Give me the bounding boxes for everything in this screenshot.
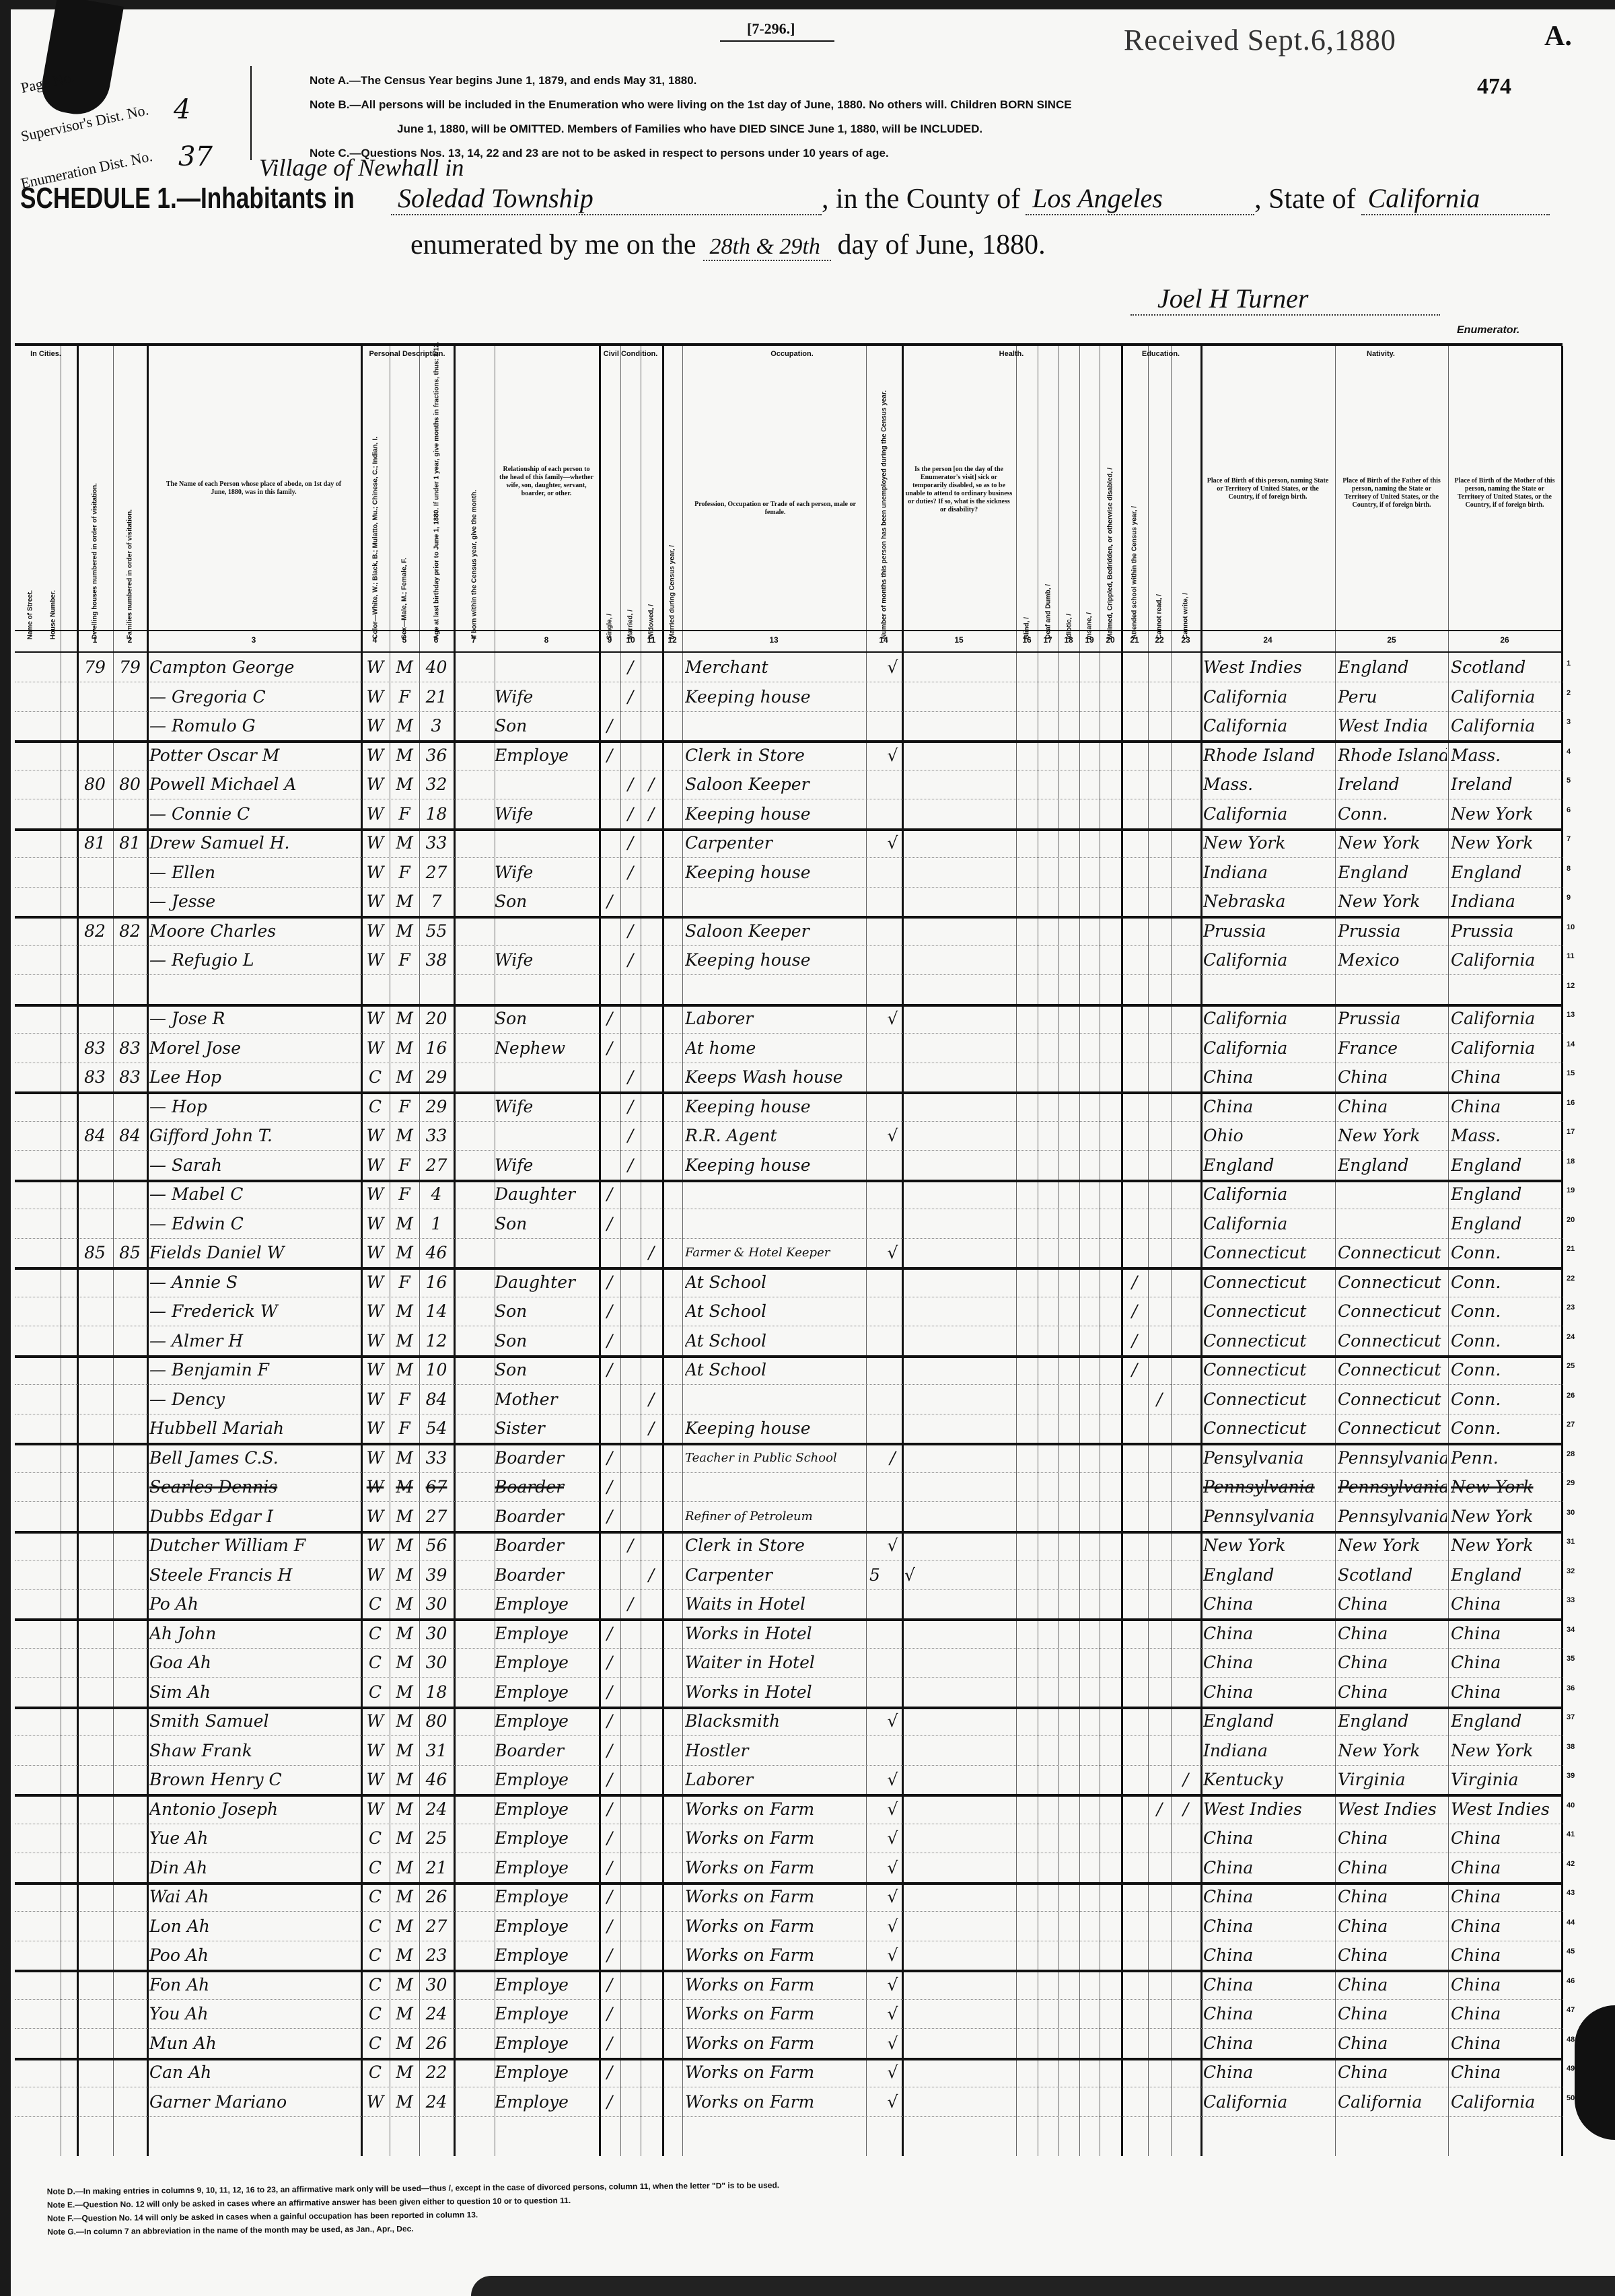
single-mark: /: [599, 1855, 620, 1881]
column-number: 10: [626, 635, 635, 645]
birthplace: Pennsylvania: [1203, 1474, 1334, 1501]
county-field: Los Angeles: [1026, 182, 1254, 215]
person-name: Brown Henry C: [149, 1766, 359, 1793]
line-number: 25: [1567, 1362, 1575, 1370]
cannot-write-mark: [1171, 1884, 1200, 1910]
person-name: Fon Ah: [149, 1972, 359, 1999]
birthplace: Pennsylvania: [1203, 1503, 1334, 1530]
column-14-mark: √: [884, 1766, 902, 1793]
mother-birthplace: Conn.: [1451, 1240, 1560, 1266]
person-name: — Dency: [149, 1386, 359, 1413]
attended-school-mark: [1121, 1679, 1148, 1706]
person-name: — Jose R: [149, 1005, 359, 1032]
relationship: Son: [495, 1357, 599, 1384]
father-birthplace: China: [1338, 1884, 1447, 1910]
dwelling-number: [77, 1415, 113, 1442]
relationship: [495, 1064, 599, 1091]
age-value: 30: [419, 1591, 454, 1618]
attended-school-mark: [1121, 2089, 1148, 2116]
table-row: Searles DennisWM67Boarder/PennsylvaniaPe…: [15, 1472, 1563, 1502]
family-number: [113, 1386, 147, 1413]
sickness: [904, 1152, 945, 1179]
dwelling-number: [77, 1737, 113, 1764]
line-number: 43: [1567, 1889, 1575, 1897]
person-name: Moore Charles: [149, 918, 359, 945]
table-row: — Refugio LWF38Wife/Keeping houseCalifor…: [15, 945, 1563, 975]
table-row: Poo AhCM23Employe/Works on Farm√ChinaChi…: [15, 1941, 1563, 1972]
family-number: [113, 1474, 147, 1501]
occupation: [685, 1181, 865, 1208]
months-unemployed: [866, 1005, 884, 1032]
line-number: 14: [1567, 1040, 1575, 1048]
age-value: 23: [419, 1942, 454, 1969]
widowed-mark: [641, 1122, 662, 1149]
family-number: [113, 2059, 147, 2086]
occupation: [685, 713, 865, 740]
family-number: [113, 1913, 147, 1940]
relationship: Wife: [495, 859, 599, 886]
married-mark: /: [620, 830, 641, 857]
line-number: 30: [1567, 1509, 1575, 1517]
sex-code: F: [390, 684, 419, 711]
dwelling-number: [77, 1005, 113, 1032]
column-14-mark: √: [884, 1532, 902, 1559]
mother-birthplace: China: [1451, 2030, 1560, 2057]
family-number: [113, 1152, 147, 1179]
occupation: Keeping house: [685, 947, 865, 974]
mother-birthplace: Scotland: [1451, 654, 1560, 681]
relationship: Nephew: [495, 1035, 599, 1062]
father-birthplace: China: [1338, 1942, 1447, 1969]
birthplace: California: [1203, 684, 1334, 711]
occupation: [685, 1211, 865, 1237]
cannot-read-mark: [1148, 2089, 1171, 2116]
birthplace: China: [1203, 2059, 1334, 2086]
father-birthplace: Connecticut: [1338, 1298, 1447, 1325]
single-mark: [599, 1386, 620, 1413]
birthplace: China: [1203, 1972, 1334, 1999]
months-unemployed: [866, 1679, 884, 1706]
cannot-read-mark: [1148, 2001, 1171, 2028]
dwelling-number: [77, 1474, 113, 1501]
father-birthplace: New York: [1338, 1532, 1447, 1559]
column-14-mark: [884, 888, 902, 915]
sex-code: M: [390, 1855, 419, 1881]
binder-clip-shadow: [38, 0, 124, 119]
line-number: 40: [1567, 1801, 1575, 1809]
column-number: 7: [472, 635, 476, 645]
sex-code: M: [390, 1240, 419, 1266]
single-mark: [599, 1152, 620, 1179]
table-row: 8282Moore CharlesWM55/Saloon KeeperPruss…: [15, 917, 1563, 946]
mother-birthplace: California: [1451, 1035, 1560, 1062]
table-row: Smith SamuelWM80Employe/Blacksmith√Engla…: [15, 1707, 1563, 1736]
months-unemployed: [866, 1328, 884, 1355]
color-code: W: [361, 801, 390, 828]
dwelling-number: [77, 1913, 113, 1940]
cannot-write-mark: [1171, 1093, 1200, 1120]
married-mark: [620, 1708, 641, 1735]
relationship: Boarder: [495, 1562, 599, 1589]
person-name: — Frederick W: [149, 1298, 359, 1325]
mother-birthplace: China: [1451, 1913, 1560, 1940]
widowed-mark: [641, 1884, 662, 1910]
table-row: Din AhCM21Employe/Works on Farm√ChinaChi…: [15, 1853, 1563, 1885]
cannot-read-mark: [1148, 1913, 1171, 1940]
widowed-mark: /: [641, 1386, 662, 1413]
birthplace: West Indies: [1203, 654, 1334, 681]
cannot-write-mark: [1171, 2001, 1200, 2028]
person-name: — Ellen: [149, 859, 359, 886]
table-row: — SarahWF27Wife/Keeping houseEnglandEngl…: [15, 1151, 1563, 1182]
widowed-mark: [641, 1181, 662, 1208]
table-row: — Jose RWM20Son/Laborer√CaliforniaPrussi…: [15, 1004, 1563, 1034]
single-mark: /: [599, 1328, 620, 1355]
married-mark: [620, 1825, 641, 1852]
family-number: 83: [113, 1064, 147, 1091]
widowed-mark: [641, 976, 662, 1003]
married-mark: [620, 1269, 641, 1296]
column-14-mark: √: [884, 2030, 902, 2057]
column-14-mark: [884, 1737, 902, 1764]
cannot-read-mark: [1148, 1035, 1171, 1062]
column-14-mark: [884, 1357, 902, 1384]
widowed-mark: [641, 1855, 662, 1881]
occupation: Farmer & Hotel Keeper: [685, 1240, 865, 1266]
cannot-write-mark: [1171, 1035, 1200, 1062]
sex-code: F: [390, 859, 419, 886]
months-unemployed: [866, 654, 884, 681]
cannot-read-mark: [1148, 1298, 1171, 1325]
instruction-notes: Note A.—The Census Year begins June 1, 1…: [310, 69, 1072, 166]
dwelling-number: [77, 1386, 113, 1413]
father-birthplace: Rhode Island: [1338, 742, 1447, 769]
sickness: [904, 1620, 945, 1647]
sickness: [904, 2001, 945, 2028]
mother-birthplace: New York: [1451, 1532, 1560, 1559]
table-row: — EllenWF27Wife/Keeping houseIndianaEngl…: [15, 858, 1563, 888]
line-number: 9: [1567, 894, 1571, 902]
color-code: W: [361, 1737, 390, 1764]
birthplace: Connecticut: [1203, 1415, 1334, 1442]
months-unemployed: [866, 1942, 884, 1969]
widowed-mark: [641, 1972, 662, 1999]
cannot-write-mark: [1171, 1240, 1200, 1266]
occupation: Teacher in Public School: [685, 1445, 865, 1472]
occupation: Works on Farm: [685, 2030, 865, 2057]
married-mark: /: [620, 1122, 641, 1149]
column-14-mark: [884, 1211, 902, 1237]
line-number: 6: [1567, 806, 1571, 814]
dwelling-number: [77, 1972, 113, 1999]
cannot-write-mark: [1171, 801, 1200, 828]
relationship: [495, 1240, 599, 1266]
census-table: In Cities. Name of Street. House Number.…: [15, 343, 1563, 2156]
mother-birthplace: Penn.: [1451, 1445, 1560, 1472]
single-mark: /: [599, 2001, 620, 2028]
birthplace: Connecticut: [1203, 1386, 1334, 1413]
column-14-mark: [884, 1649, 902, 1676]
cannot-write-mark: [1171, 1972, 1200, 1999]
sex-code: M: [390, 713, 419, 740]
column-14-mark: √: [884, 1972, 902, 1999]
occupation: [685, 1474, 865, 1501]
cannot-read-mark: [1148, 1474, 1171, 1501]
table-row: 8080Powell Michael AWM32//Saloon KeeperM…: [15, 770, 1563, 799]
cannot-write-mark: [1171, 713, 1200, 740]
occupation: Works on Farm: [685, 1972, 865, 1999]
sex-code: M: [390, 1591, 419, 1618]
line-number: 11: [1567, 952, 1575, 960]
cannot-read-mark: [1148, 1825, 1171, 1852]
table-row: Lon AhCM27Employe/Works on Farm√ChinaChi…: [15, 1912, 1563, 1941]
attended-school-mark: [1121, 1942, 1148, 1969]
mother-birthplace: England: [1451, 1562, 1560, 1589]
divider: [720, 40, 834, 42]
line-number: 2: [1567, 689, 1571, 697]
cannot-write-mark: [1171, 1532, 1200, 1559]
bracket: [250, 66, 256, 160]
dwelling-number: [77, 1766, 113, 1793]
family-number: [113, 888, 147, 915]
attended-school-mark: /: [1121, 1298, 1148, 1325]
family-number: [113, 1269, 147, 1296]
table-row: Brown Henry CWM46Employe/Laborer√/Kentuc…: [15, 1765, 1563, 1797]
color-code: W: [361, 1122, 390, 1149]
table-row: Yue AhCM25Employe/Works on Farm√ChinaChi…: [15, 1824, 1563, 1853]
table-row: Goa AhCM30Employe/Waiter in HotelChinaCh…: [15, 1648, 1563, 1678]
person-name: Drew Samuel H.: [149, 830, 359, 857]
widowed-mark: [641, 713, 662, 740]
header-relationship: Relationship of each person to the head …: [499, 466, 594, 498]
person-name: Gifford John T.: [149, 1122, 359, 1149]
attended-school-mark: [1121, 1122, 1148, 1149]
cannot-write-mark: [1171, 918, 1200, 945]
person-name: Antonio Joseph: [149, 1796, 359, 1823]
column-number: 1: [93, 635, 98, 645]
dwelling-number: [77, 1825, 113, 1852]
color-code: C: [361, 1591, 390, 1618]
widowed-mark: [641, 947, 662, 974]
single-mark: /: [599, 1620, 620, 1647]
cannot-read-mark: [1148, 976, 1171, 1003]
line-number: 42: [1567, 1860, 1575, 1868]
family-number: [113, 1649, 147, 1676]
single-mark: /: [599, 1796, 620, 1823]
relationship: Son: [495, 1211, 599, 1237]
occupation: Works in Hotel: [685, 1620, 865, 1647]
attended-school-mark: [1121, 1211, 1148, 1237]
sickness: [904, 830, 945, 857]
married-mark: [620, 2059, 641, 2086]
months-unemployed: [866, 2030, 884, 2057]
cannot-write-mark: [1171, 654, 1200, 681]
age-value: 25: [419, 1825, 454, 1852]
cannot-write-mark: [1171, 947, 1200, 974]
widowed-mark: [641, 1766, 662, 1793]
column-number: 9: [608, 635, 612, 645]
cannot-read-mark: [1148, 1620, 1171, 1647]
cannot-write-mark: [1171, 2030, 1200, 2057]
cannot-write-mark: [1171, 684, 1200, 711]
relationship: Boarder: [495, 1532, 599, 1559]
family-number: [113, 1445, 147, 1472]
color-code: W: [361, 1152, 390, 1179]
sex-code: M: [390, 1298, 419, 1325]
column-number: 19: [1085, 635, 1093, 645]
table-row: Dubbs Edgar IWM27Boarder/Refiner of Petr…: [15, 1502, 1563, 1534]
relationship: Employe: [495, 1679, 599, 1706]
married-mark: /: [620, 1591, 641, 1618]
sex-code: M: [390, 1825, 419, 1852]
mother-birthplace: New York: [1451, 830, 1560, 857]
relationship: Employe: [495, 1913, 599, 1940]
color-code: C: [361, 1884, 390, 1910]
married-mark: [620, 1562, 641, 1589]
family-number: [113, 1211, 147, 1237]
column-14-mark: [884, 1298, 902, 1325]
attended-school-mark: [1121, 1913, 1148, 1940]
months-unemployed: [866, 742, 884, 769]
relationship: Employe: [495, 2030, 599, 2057]
attended-school-mark: [1121, 830, 1148, 857]
single-mark: [599, 976, 620, 1003]
cannot-write-mark: [1171, 1855, 1200, 1881]
sickness: [904, 1825, 945, 1852]
color-code: C: [361, 1064, 390, 1091]
occupation: Keeping house: [685, 801, 865, 828]
relationship: Employe: [495, 1972, 599, 1999]
sex-code: F: [390, 1093, 419, 1120]
occupation: At School: [685, 1357, 865, 1384]
father-birthplace: China: [1338, 1972, 1447, 1999]
cannot-read-mark: [1148, 654, 1171, 681]
column-number: 17: [1043, 635, 1052, 645]
column-number: 3: [252, 635, 256, 645]
person-name: — Sarah: [149, 1152, 359, 1179]
mother-birthplace: Conn.: [1451, 1269, 1560, 1296]
family-number: [113, 2030, 147, 2057]
single-mark: /: [599, 888, 620, 915]
single-mark: [599, 801, 620, 828]
column-14-mark: [884, 1679, 902, 1706]
birthplace: Nebraska: [1203, 888, 1334, 915]
table-row: Garner MarianoWM24Employe/Works on Farm√…: [15, 2087, 1563, 2117]
sex-code: M: [390, 1035, 419, 1062]
married-mark: [620, 1766, 641, 1793]
note-b: Note B.—All persons will be included in …: [310, 93, 1072, 117]
father-birthplace: [1338, 1211, 1447, 1237]
widowed-mark: [641, 1064, 662, 1091]
occupation: At School: [685, 1298, 865, 1325]
age-value: 3: [419, 713, 454, 740]
father-birthplace: China: [1338, 1825, 1447, 1852]
sickness: [904, 1386, 945, 1413]
age-value: 46: [419, 1766, 454, 1793]
color-code: C: [361, 2001, 390, 2028]
family-number: [113, 1972, 147, 1999]
column-14-mark: √: [884, 1913, 902, 1940]
mother-birthplace: West Indies: [1451, 1796, 1560, 1823]
single-mark: [599, 684, 620, 711]
color-code: W: [361, 1708, 390, 1735]
attended-school-mark: [1121, 1240, 1148, 1266]
table-row: — Benjamin FWM10Son/At School/Connecticu…: [15, 1355, 1563, 1385]
months-unemployed: [866, 1708, 884, 1735]
column-number: 14: [879, 635, 888, 645]
cannot-read-mark: [1148, 742, 1171, 769]
sex-code: M: [390, 742, 419, 769]
birthplace: New York: [1203, 1532, 1334, 1559]
table-row: Antonio JosephWM24Employe/Works on Farm√…: [15, 1795, 1563, 1824]
family-number: [113, 1766, 147, 1793]
sickness: [904, 713, 945, 740]
column-14-mark: √: [884, 1796, 902, 1823]
widowed-mark: [641, 1005, 662, 1032]
married-mark: [620, 1679, 641, 1706]
married-mark: [620, 1620, 641, 1647]
received-stamp: Received Sept.6,1880: [1124, 23, 1396, 57]
mother-birthplace: Conn.: [1451, 1386, 1560, 1413]
color-code: W: [361, 771, 390, 798]
relationship: Employe: [495, 1766, 599, 1793]
married-mark: /: [620, 1532, 641, 1559]
person-name: Can Ah: [149, 2059, 359, 2086]
sex-code: M: [390, 1972, 419, 1999]
birthplace: Kentucky: [1203, 1766, 1334, 1793]
married-mark: [620, 2089, 641, 2116]
months-unemployed: [866, 1620, 884, 1647]
father-birthplace: Connecticut: [1338, 1240, 1447, 1266]
sex-code: M: [390, 1122, 419, 1149]
single-mark: /: [599, 1737, 620, 1764]
single-mark: /: [599, 2059, 620, 2086]
relationship: [495, 830, 599, 857]
header-months-unemployed: Number of months this person has been un…: [880, 390, 888, 639]
sickness: [904, 918, 945, 945]
relationship: Son: [495, 888, 599, 915]
married-mark: [620, 1942, 641, 1969]
attended-school-mark: [1121, 801, 1148, 828]
age-value: 18: [419, 801, 454, 828]
mother-birthplace: China: [1451, 1942, 1560, 1969]
birthplace: California: [1203, 1035, 1334, 1062]
table-row: Sim AhCM18Employe/Works in HotelChinaChi…: [15, 1678, 1563, 1709]
age-value: 31: [419, 1737, 454, 1764]
line-number: 28: [1567, 1450, 1575, 1458]
cannot-read-mark: [1148, 918, 1171, 945]
sickness: [904, 1298, 945, 1325]
sex-code: M: [390, 2001, 419, 2028]
sex-code: [390, 976, 419, 1003]
color-code: W: [361, 1386, 390, 1413]
single-mark: /: [599, 1972, 620, 1999]
table-row: Can AhCM22Employe/Works on Farm√ChinaChi…: [15, 2058, 1563, 2087]
birthplace: Connecticut: [1203, 1357, 1334, 1384]
age-value: 26: [419, 1884, 454, 1910]
married-mark: [620, 1737, 641, 1764]
age-value: 29: [419, 1064, 454, 1091]
table-row: — Edwin CWM1Son/CaliforniaEngland20: [15, 1209, 1563, 1239]
married-mark: [620, 1240, 641, 1266]
widowed-mark: [641, 1328, 662, 1355]
person-name: — Hop: [149, 1093, 359, 1120]
single-mark: /: [599, 1825, 620, 1852]
single-mark: /: [599, 1679, 620, 1706]
sickness: [904, 1122, 945, 1149]
header-dwelling: Dwelling houses numbered in order of vis…: [92, 483, 99, 639]
sickness: [904, 801, 945, 828]
